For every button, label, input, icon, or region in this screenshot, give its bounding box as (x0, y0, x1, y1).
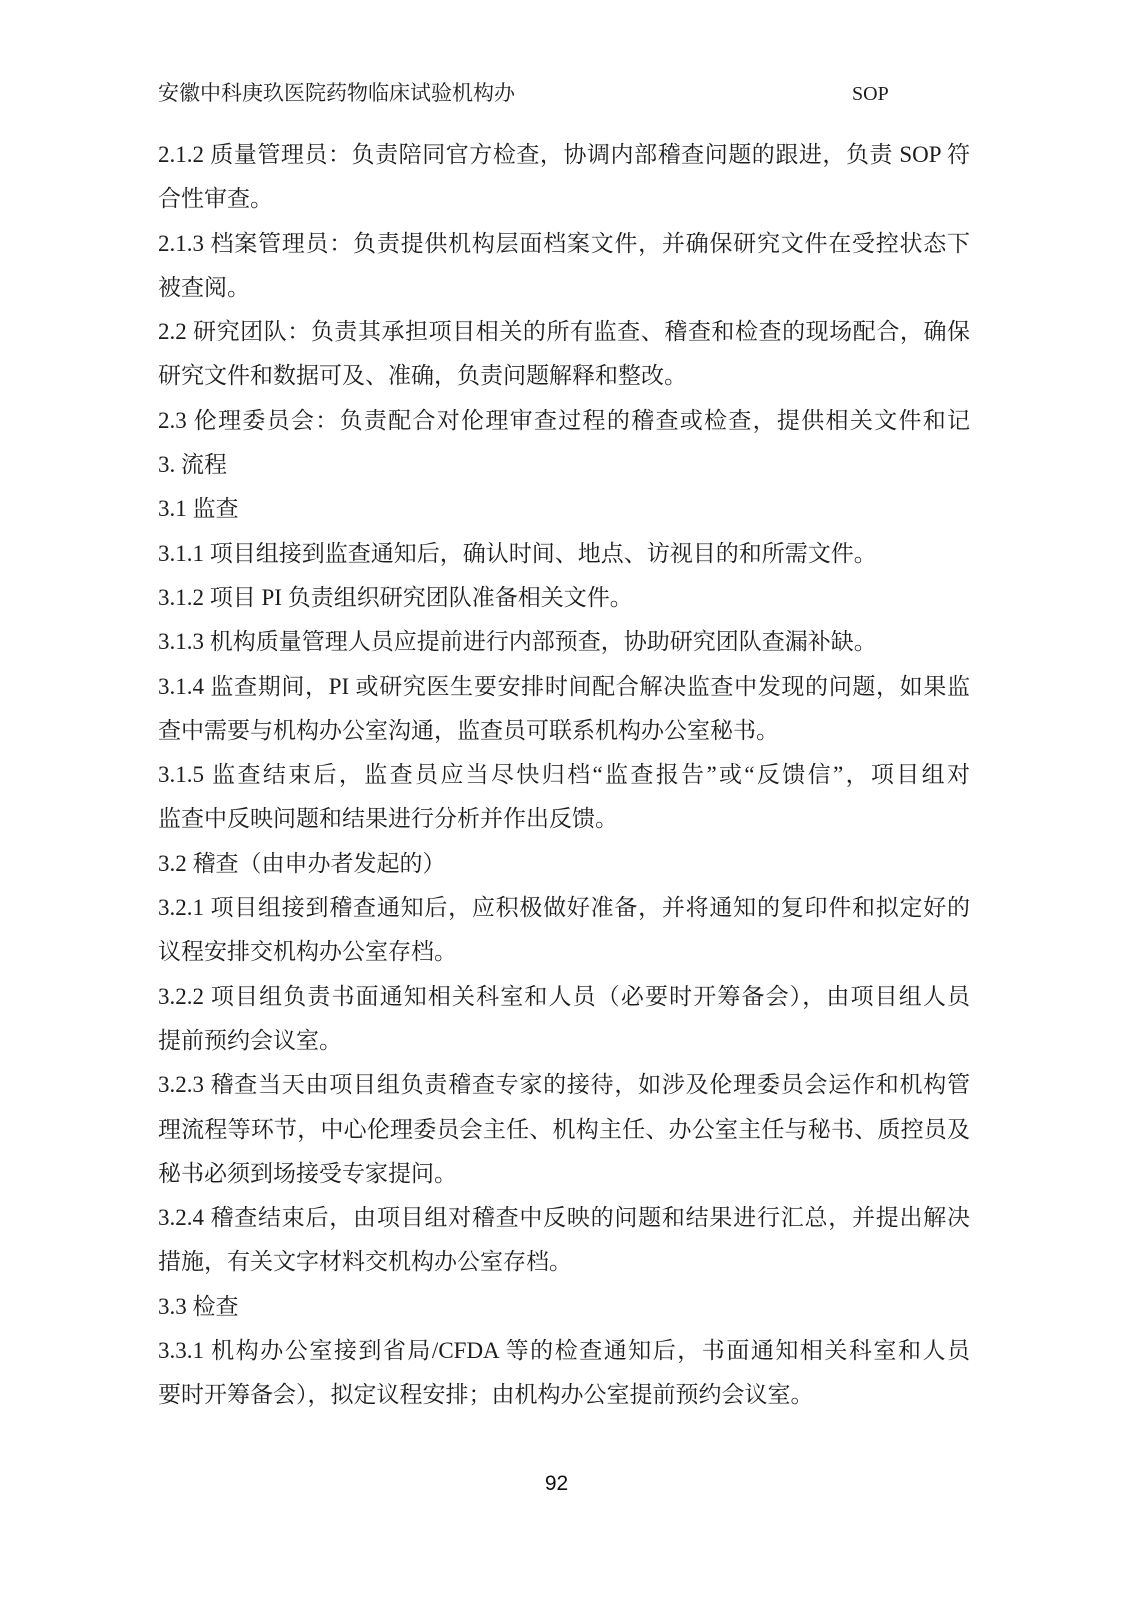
text-line: 被查阅。 (158, 266, 970, 310)
text-line: 议程安排交机构办公室存档。 (158, 930, 970, 974)
text-line: 2.1.2 质量管理员：负责陪同官方检查，协调内部稽查问题的跟进，负责 SOP … (158, 133, 970, 177)
document-body: 2.1.2 质量管理员：负责陪同官方检查，协调内部稽查问题的跟进，负责 SOP … (158, 133, 970, 1418)
document-page: 安徽中科庚玖医院药物临床试验机构办 SOP 2.1.2 质量管理员：负责陪同官方… (0, 0, 1131, 1600)
text-line: 3.2.4 稽查结束后，由项目组对稽查中反映的问题和结果进行汇总，并提出解决 (158, 1196, 970, 1240)
text-line: 3.1.1 项目组接到监查通知后，确认时间、地点、访视目的和所需文件。 (158, 532, 970, 576)
text-line: 提前预约会议室。 (158, 1019, 970, 1063)
text-line: 要时开筹备会），拟定议程安排；由机构办公室提前预约会议室。 (158, 1373, 970, 1417)
text-line: 理流程等环节，中心伦理委员会主任、机构主任、办公室主任与秘书、质控员及 (158, 1108, 970, 1152)
text-line: 3.1 监查 (158, 487, 970, 531)
text-line: 3.1.2 项目 PI 负责组织研究团队准备相关文件。 (158, 576, 970, 620)
text-line: 研究文件和数据可及、准确，负责问题解释和整改。 (158, 354, 970, 398)
text-line: 3.2.2 项目组负责书面通知相关科室和人员（必要时开筹备会），由项目组人员 (158, 975, 970, 1019)
text-line: 3.2.3 稽查当天由项目组负责稽查专家的接待，如涉及伦理委员会运作和机构管 (158, 1063, 970, 1107)
text-line: 监查中反映问题和结果进行分析并作出反馈。 (158, 797, 970, 841)
text-line: 合性审查。 (158, 177, 970, 221)
text-line: 措施，有关文字材料交机构办公室存档。 (158, 1240, 970, 1284)
text-line: 秘书必须到场接受专家提问。 (158, 1152, 970, 1196)
text-line: 3.1.5 监查结束后，监查员应当尽快归档“监查报告”或“反馈信”，项目组对 (158, 753, 970, 797)
text-line: 3.2 稽查（由申办者发起的） (158, 842, 970, 886)
text-line: 3.3 检查 (158, 1285, 970, 1329)
text-line: 3.1.3 机构质量管理人员应提前进行内部预查，协助研究团队查漏补缺。 (158, 620, 970, 664)
text-line: 3. 流程 (158, 443, 970, 487)
text-line: 2.2 研究团队：负责其承担项目相关的所有监查、稽查和检查的现场配合，确保 (158, 310, 970, 354)
text-line: 3.1.4 监查期间，PI 或研究医生要安排时间配合解决监查中发现的问题，如果监 (158, 665, 970, 709)
header-institution-title: 安徽中科庚玖医院药物临床试验机构办 (158, 80, 515, 106)
header-sop-label: SOP (852, 82, 889, 106)
text-line: 查中需要与机构办公室沟通，监查员可联系机构办公室秘书。 (158, 709, 970, 753)
page-number: 92 (0, 1472, 1113, 1496)
text-line: 3.3.1 机构办公室接到省局/CFDA 等的检查通知后，书面通知相关科室和人员… (158, 1329, 970, 1373)
text-line: 2.1.3 档案管理员：负责提供机构层面档案文件，并确保研究文件在受控状态下 (158, 222, 970, 266)
text-line: 3.2.1 项目组接到稽查通知后，应积极做好准备，并将通知的复印件和拟定好的 (158, 886, 970, 930)
text-line: 2.3 伦理委员会：负责配合对伦理审查过程的稽查或检查，提供相关文件和记录。 (158, 399, 970, 443)
